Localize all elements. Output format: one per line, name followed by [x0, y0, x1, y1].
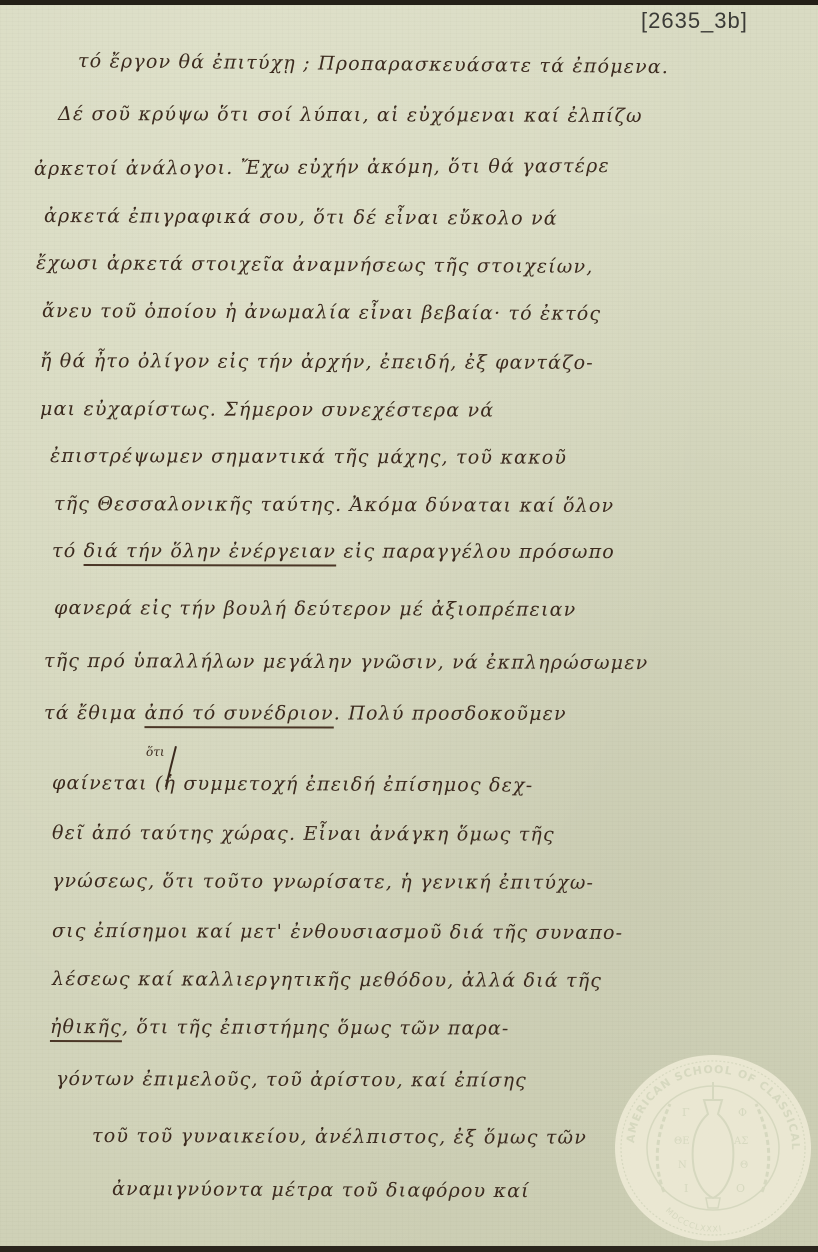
handwritten-line-21: γόντων ἐπιμελοῦς, τοῦ ἀρίστου, καί ἐπίση… — [56, 1068, 527, 1092]
scan-bottom-border — [0, 1246, 818, 1252]
handwritten-line-14: τά ἔθιμα ἀπό τό συνέδριον. Πολύ προσδοκο… — [44, 702, 567, 725]
handwritten-line-2: Δέ σοῦ κρύψω ὅτι σοί λύπαι, αἱ εὐχόμεναι… — [58, 103, 643, 127]
svg-text:Φ: Φ — [738, 1106, 747, 1119]
svg-text:ΑΣ: ΑΣ — [733, 1136, 748, 1147]
line-prefix: τό — [52, 540, 84, 562]
svg-text:ΘΕ: ΘΕ — [674, 1136, 690, 1147]
line-text: ἀναμιγνύοντα μέτρα τοῦ διαφόρου καί — [112, 1178, 530, 1202]
line-text: φανερά εἰς τήν βουλή δεύτερον μέ ἀξιοπρέ… — [54, 597, 576, 621]
line-suffix: , ὅτι τῆς ἐπιστήμης ὅμως τῶν παρα- — [122, 1016, 510, 1039]
line-text: ἄνευ τοῦ ὁποίου ἡ ἀνωμαλία εἶναι βεβαία·… — [42, 300, 601, 325]
handwritten-line-16: θεῖ ἀπό ταύτης χώρας. Εἶναι ἀνάγκη ὅμως … — [52, 822, 555, 846]
line-text: γνώσεως, ὅτι τοῦτο γνωρίσατε, ἡ γενική ἐ… — [52, 870, 594, 894]
line-text: γόντων ἐπιμελοῦς, τοῦ ἀρίστου, καί ἐπίση… — [56, 1068, 527, 1092]
line-text: σις ἐπίσημοι καί μετ' ἐνθουσιασμοῦ διά τ… — [52, 920, 623, 944]
svg-text:Ν: Ν — [678, 1160, 687, 1171]
underlined-phrase: ἀπό τό συνέδριον — [144, 702, 333, 724]
line-text: λέσεως καί καλλιεργητικῆς μεθόδου, ἀλλά … — [52, 968, 602, 992]
line-text: ἤ θά ἦτο ὀλίγον εἰς τήν ἀρχήν, ἐπειδή, ἐ… — [40, 350, 594, 374]
handwritten-line-6: ἄνευ τοῦ ὁποίου ἡ ἀνωμαλία εἶναι βεβαία·… — [42, 300, 601, 325]
handwritten-line-22: τοῦ τοῦ γυναικείου, ἀνέλπιστος, ἐξ ὅμως … — [92, 1125, 587, 1149]
line-text: Δέ σοῦ κρύψω ὅτι σοί λύπαι, αἱ εὐχόμεναι… — [58, 103, 643, 127]
institutional-seal-stamp: AMERICAN SCHOOL OF CLASSICAL STUDIES AT … — [612, 1052, 814, 1244]
line-text: μαι εὐχαρίστως. Σήμερον συνεχέστερα νά — [40, 398, 494, 422]
handwritten-line-15: φαίνεται (ἡ συμμετοχή ἐπειδή ἐπίσημος δε… — [52, 772, 534, 797]
line-text: φαίνεται (ἡ συμμετοχή ἐπειδή ἐπίσημος δε… — [52, 772, 534, 797]
archive-reference-number: [2635_3b] — [641, 8, 748, 34]
line-prefix: τά ἔθιμα — [44, 702, 145, 724]
handwritten-line-7: ἤ θά ἦτο ὀλίγον εἰς τήν ἀρχήν, ἐπειδή, ἐ… — [40, 350, 594, 374]
handwritten-line-4: ἀρκετά ἐπιγραφικά σου, ὅτι δέ εἶναι εὔκο… — [44, 205, 558, 230]
handwritten-line-19: λέσεως καί καλλιεργητικῆς μεθόδου, ἀλλά … — [52, 968, 602, 992]
underlined-phrase: ἠθικῆς — [50, 1016, 122, 1038]
handwritten-line-10: τῆς Θεσσαλονικῆς ταύτης. Ἀκόμα δύναται κ… — [54, 493, 614, 517]
line-text: ἀρκετά ἐπιγραφικά σου, ὅτι δέ εἶναι εὔκο… — [44, 205, 558, 230]
seal-icon: AMERICAN SCHOOL OF CLASSICAL STUDIES AT … — [612, 1052, 814, 1244]
line-text: τῆς πρό ὑπαλλήλων μεγάλην γνῶσιν, νά ἐκπ… — [44, 650, 648, 674]
handwritten-line-18: σις ἐπίσημοι καί μετ' ἐνθουσιασμοῦ διά τ… — [52, 920, 623, 944]
svg-text:Ι: Ι — [684, 1182, 688, 1195]
line-suffix: εἰς παραγγέλου πρόσωπο — [336, 540, 615, 562]
svg-text:Ο: Ο — [736, 1182, 745, 1195]
handwritten-line-9: ἐπιστρέψωμεν σημαντικά τῆς μάχης, τοῦ κα… — [50, 445, 567, 469]
line-text: ἔχωσι ἀρκετά στοιχεῖα ἀναμνήσεως τῆς στο… — [36, 252, 594, 278]
handwritten-line-5: ἔχωσι ἀρκετά στοιχεῖα ἀναμνήσεως τῆς στο… — [36, 252, 594, 278]
handwritten-line-11: τό διά τήν ὅλην ἐνέργειαν εἰς παραγγέλου… — [52, 540, 615, 563]
handwritten-line-13: τῆς πρό ὑπαλλήλων μεγάλην γνῶσιν, νά ἐκπ… — [44, 650, 648, 674]
line-text: ἀρκετοί ἀνάλογοι. Ἔχω εὐχήν ἀκόμη, ὅτι θ… — [34, 155, 610, 180]
line-text: θεῖ ἀπό ταύτης χώρας. Εἶναι ἀνάγκη ὅμως … — [52, 822, 555, 846]
handwritten-line-3: ἀρκετοί ἀνάλογοι. Ἔχω εὐχήν ἀκόμη, ὅτι θ… — [34, 155, 610, 180]
line-text: τοῦ τοῦ γυναικείου, ἀνέλπιστος, ἐξ ὅμως … — [92, 1125, 587, 1149]
line-suffix: . Πολύ προσδοκοῦμεν — [334, 703, 567, 725]
svg-text:Θ: Θ — [740, 1160, 748, 1171]
line-text: τῆς Θεσσαλονικῆς ταύτης. Ἀκόμα δύναται κ… — [54, 493, 614, 517]
interlinear-insertion: ὅτι — [146, 745, 165, 759]
handwritten-line-8: μαι εὐχαρίστως. Σήμερον συνεχέστερα νά — [40, 398, 494, 422]
line-text: ἐπιστρέψωμεν σημαντικά τῆς μάχης, τοῦ κα… — [50, 445, 567, 469]
handwritten-line-23: ἀναμιγνύοντα μέτρα τοῦ διαφόρου καί — [112, 1178, 530, 1202]
svg-text:Γ: Γ — [682, 1106, 690, 1119]
handwritten-line-17: γνώσεως, ὅτι τοῦτο γνωρίσατε, ἡ γενική ἐ… — [52, 870, 594, 894]
underlined-phrase: διά τήν ὅλην ἐνέργειαν — [84, 540, 337, 562]
handwritten-line-20: ἠθικῆς, ὅτι τῆς ἐπιστήμης ὅμως τῶν παρα- — [50, 1016, 510, 1040]
handwritten-line-12: φανερά εἰς τήν βουλή δεύτερον μέ ἀξιοπρέ… — [54, 597, 576, 621]
